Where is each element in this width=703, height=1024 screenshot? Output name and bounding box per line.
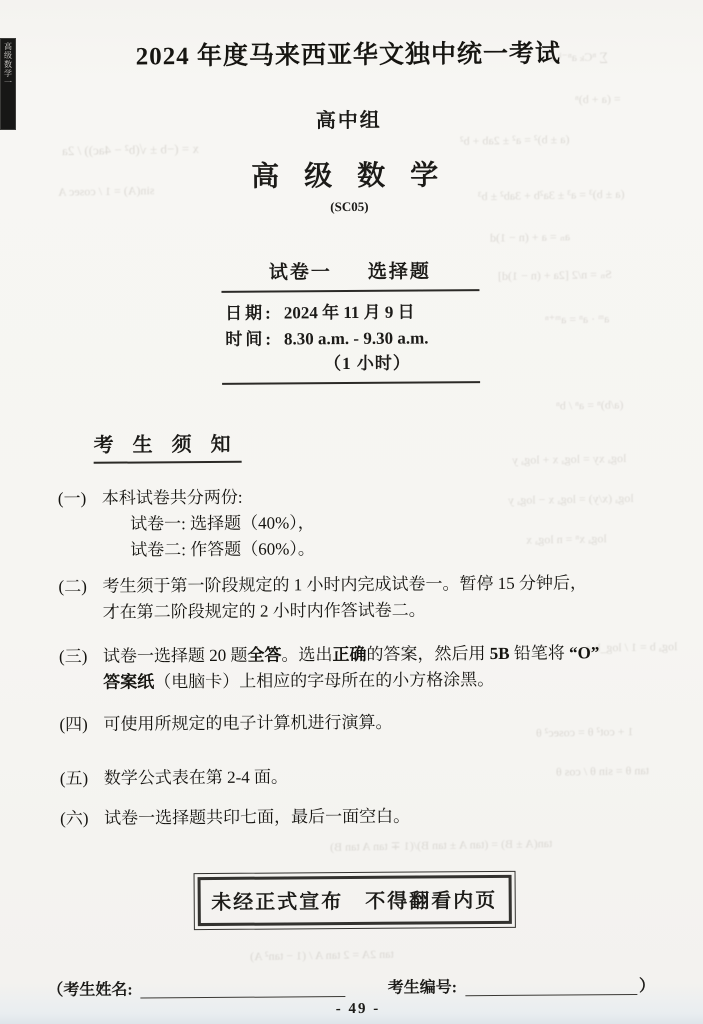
instructions-list: (一) 本科试卷共分两份: 试卷一: 选择题（40%）， 试卷二: 作答题（60… [0,482,703,833]
footer: （考生姓名: 考生编号: ） - 49 - [47,977,668,1020]
instruction-segment-bold: 全答 [247,645,281,664]
instruction-segment-bold: 5B [490,644,510,663]
instruction-segment: 的答案，然后用 [366,644,489,664]
time-label: 时间: [225,327,274,353]
subject-title: 高 级 数 学 [0,158,701,197]
instruction-segment-bold: “O” [569,643,599,662]
candidate-name-label: （考生姓名: [47,981,132,1002]
candidate-info-row: （考生姓名: 考生编号: ） [47,977,668,1001]
exam-title: 2024 年度马来西亚华文独中统一考试 [0,38,700,75]
duration: （1 小时） [225,351,479,377]
footer-close-paren: ） [639,977,655,997]
notice-title-row: 考 生 须 知 [93,430,702,464]
paper-heading: 试卷一 选择题 [221,256,479,293]
instruction-number: (二) [58,574,96,626]
warning-text: 未经正式宣布 不得翻看内页 [211,890,497,914]
instruction-number: (三) [59,644,97,696]
paper-schedule-block: 试卷一 选择题 日期: 2024 年 11 月 9 日 时间: 8.30 a.m… [221,256,480,385]
instruction-text: 试卷一选择题共印七面，最后一面空白。 [104,802,653,832]
instruction-line: 才在第二阶段规定的 2 小时内作答试卷二。 [103,596,652,626]
instruction-text: 本科试卷共分两份: 试卷一: 选择题（40%）， 试卷二: 作答题（60%）。 [102,482,652,564]
candidate-id-label: 考生编号: [388,978,457,998]
date-row: 日期: 2024 年 11 月 9 日 [225,299,479,327]
date-label: 日期: [225,301,274,327]
page-number: - 49 - [47,999,668,1020]
instruction-line: 试卷一选择题 20 题全答。选出正确的答案，然后用 5B 铅笔将 “O” [103,640,652,670]
instruction-segment: 试卷一选择题 20 题 [103,646,248,666]
time-value: 8.30 a.m. - 9.30 a.m. [284,325,429,352]
notice-title: 考 生 须 知 [93,433,241,464]
instruction-number: (六) [60,806,98,832]
instruction-segment-bold: 答案纸 [103,672,154,691]
instruction-number: (四) [59,712,97,738]
instruction-line: 可使用所规定的电子计算机进行演算。 [103,708,652,738]
instruction-line: 试卷一选择题共印七面，最后一面空白。 [104,802,653,832]
warning-box-inner: 未经正式宣布 不得翻看内页 [197,875,511,926]
paper-type: 选择题 [368,256,431,283]
instruction-subline: 试卷一: 选择题（40%）， [102,508,651,538]
candidate-name-blank [141,980,346,998]
instruction-subline: 试卷二: 作答题（60%）。 [102,534,651,564]
warning-box: 未经正式宣布 不得翻看内页 [193,871,515,930]
spine-tab-label: 高级数学一 [3,39,14,87]
instruction-item-5: (五) 数学公式表在第 2-4 面。 [60,762,653,792]
instruction-item-1: (一) 本科试卷共分两份: 试卷一: 选择题（40%）， 试卷二: 作答题（60… [58,482,652,564]
instruction-text: 考生须于第一阶段规定的 1 小时内完成试卷一。暂停 15 分钟后， 才在第二阶段… [102,570,651,626]
paper-name: 试卷一 [269,257,332,284]
instruction-line: 考生须于第一阶段规定的 1 小时内完成试卷一。暂停 15 分钟后， [102,570,651,600]
candidate-id-blank [465,978,637,996]
instruction-text: 试卷一选择题 20 题全答。选出正确的答案，然后用 5B 铅笔将 “O” 答案纸… [103,640,652,696]
instruction-segment-bold: 正确 [332,645,366,664]
instruction-item-2: (二) 考生须于第一阶段规定的 1 小时内完成试卷一。暂停 15 分钟后， 才在… [58,570,651,626]
exam-group: 高中组 [0,106,700,137]
instruction-text: 数学公式表在第 2-4 面。 [104,762,653,792]
instruction-item-3: (三) 试卷一选择题 20 题全答。选出正确的答案，然后用 5B 铅笔将 “O”… [59,640,652,696]
instruction-number: (一) [58,486,97,564]
instruction-line: 答案纸（电脑卡）上相应的字母所在的小方格涂黑。 [103,666,652,696]
time-row: 时间: 8.30 a.m. - 9.30 a.m. [225,325,479,353]
spine-tab: 高级数学一 [0,38,16,130]
instruction-item-4: (四) 可使用所规定的电子计算机进行演算。 [59,708,652,738]
instruction-segment: （电脑卡）上相应的字母所在的小方格涂黑。 [154,670,494,691]
instruction-segment: 。选出 [281,645,332,664]
date-value: 2024 年 11 月 9 日 [284,300,415,327]
page-content: 2024 年度马来西亚华文独中统一考试 高中组 高 级 数 学 (SC05) 试… [0,0,703,1024]
instruction-number: (五) [60,766,98,792]
instruction-segment: 铅笔将 [510,643,570,662]
subject-code: (SC05) [0,196,701,218]
instruction-line: 数学公式表在第 2-4 面。 [104,762,653,792]
instruction-line: 本科试卷共分两份: [102,482,651,512]
exam-cover-page: 高级数学一 ∑ ⁿCₖ aⁿ⁻ᵏ bᵏ = (a + b)ⁿ x = (−b ±… [0,0,703,1024]
instruction-item-6: (六) 试卷一选择题共印七面，最后一面空白。 [60,802,653,832]
instruction-text: 可使用所规定的电子计算机进行演算。 [103,708,652,738]
schedule-body: 日期: 2024 年 11 月 9 日 时间: 8.30 a.m. - 9.30… [221,291,480,385]
